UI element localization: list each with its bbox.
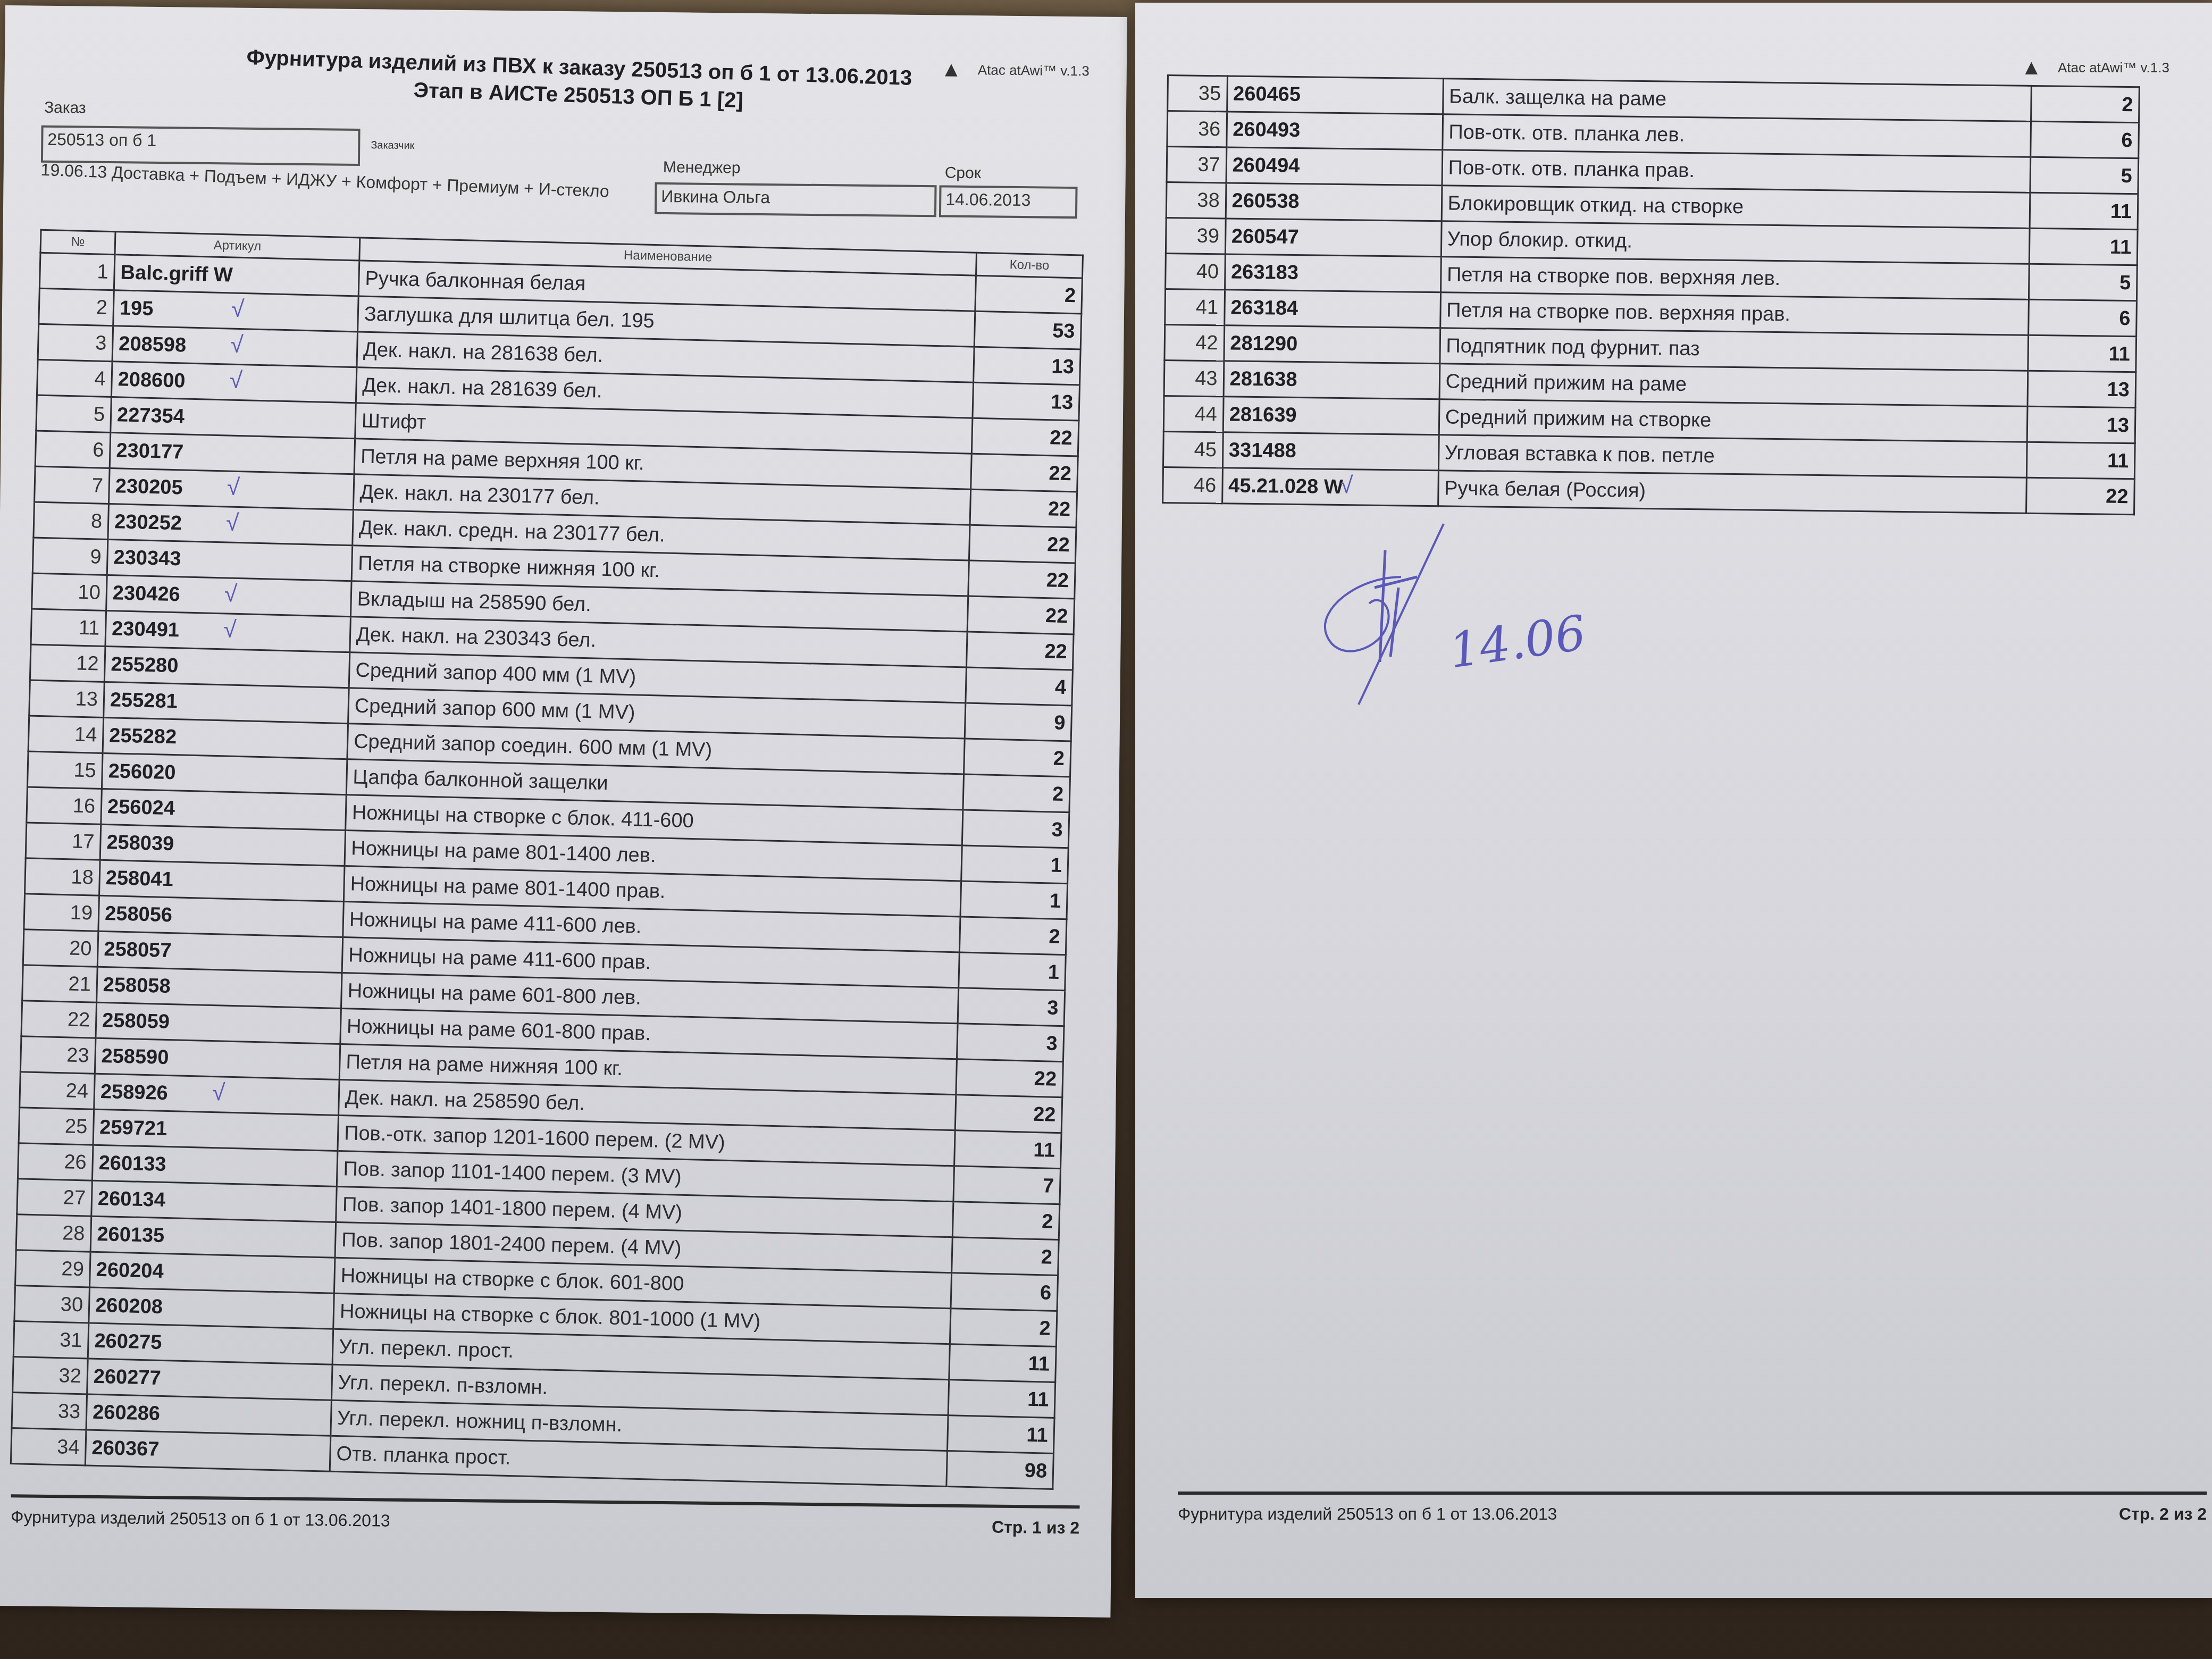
item-quantity-text: 6 [2119,307,2131,329]
software-logo: ▲ Atac atAwi™ v.1.3 [941,57,1090,83]
row-number: 1 [39,253,115,290]
row-number: 12 [30,644,105,682]
article-code: 258039 [100,824,345,866]
document-title: Фурнитура изделий из ПВХ к заказу 250513… [206,42,952,121]
item-quantity: 2 [952,1237,1059,1276]
item-quantity: 6 [2029,299,2137,336]
logo-icon: ▲ [2021,56,2042,80]
row-number: 40 [1166,253,1225,289]
page-footer: Фурнитура изделий 250513 оп б 1 от 13.06… [11,1494,1080,1538]
row-number-text: 40 [1196,260,1219,283]
item-name-text: Ножницы на раме 801-1400 прав. [350,873,666,902]
item-quantity: 22 [971,418,1079,456]
article-code-text: 260493 [1233,118,1300,141]
item-quantity: 3 [962,810,1069,848]
item-quantity-text: 2 [1052,783,1064,806]
item-quantity-text: 2 [1042,1210,1053,1233]
article-code: 259721 [93,1109,338,1151]
row-number-text: 30 [60,1293,83,1316]
article-code-text: 230426 [112,582,180,606]
page-number: Стр. 1 из 2 [992,1518,1079,1538]
item-quantity-text: 1 [1050,854,1062,877]
item-name-text: Ножницы на раме 411-600 лев. [349,908,642,937]
item-name-text: Угловая вставка к пов. петле [1445,441,1715,467]
row-number: 11 [31,609,106,646]
item-name-text: Угл. перекл. п-взломн. [338,1371,548,1399]
handwritten-check-icon: √ [231,296,244,323]
item-name-text: Пов-отк. отв. планка прав. [1448,156,1695,182]
item-quantity-text: 1 [1050,890,1061,912]
item-quantity: 9 [965,703,1072,741]
item-quantity-text: 11 [2107,449,2129,472]
item-quantity-text: 9 [1054,711,1066,734]
article-code-text: 256024 [107,795,175,819]
logo-text: Atac atAwi™ v.1.3 [2058,60,2169,76]
item-quantity: 6 [951,1273,1058,1311]
row-number: 5 [36,395,112,432]
item-quantity: 11 [2030,192,2138,229]
row-number: 44 [1163,396,1223,432]
item-name-text: Заглушка для шлитца бел. 195 [364,303,655,332]
article-code: 230426√ [106,575,351,616]
row-number: 29 [15,1250,91,1287]
item-quantity-text: 3 [1047,996,1059,1019]
row-number: 33 [12,1393,87,1430]
item-quantity-text: 1 [1048,961,1059,984]
item-quantity-text: 3 [1046,1032,1058,1055]
article-code: 230205√ [109,468,354,510]
article-code: 260135 [90,1216,336,1258]
handwritten-check-icon: √ [224,581,237,608]
handwritten-check-icon: √ [226,509,239,537]
item-quantity: 11 [948,1380,1055,1418]
order-field: 250513 оп б 1 [41,125,361,166]
item-quantity-text: 2 [1053,747,1065,770]
item-quantity: 11 [2028,335,2136,372]
article-code: 260286 [86,1394,331,1436]
row-number: 35 [1168,76,1227,112]
item-quantity-text: 5 [2121,164,2132,187]
article-code-text: 208600 [118,368,186,392]
row-number: 23 [20,1036,96,1074]
row-number-text: 39 [1196,224,1219,247]
item-name-text: Ножницы на створке с блок. 411-600 [351,801,694,832]
row-number-text: 15 [73,759,96,782]
row-number-text: 5 [93,403,105,426]
item-quantity: 2 [2031,86,2140,122]
item-quantity: 1 [960,881,1068,919]
row-number-text: 43 [1195,367,1218,390]
article-code: 258590 [95,1038,340,1079]
handwritten-check-icon: √ [230,332,244,359]
row-number-text: 17 [72,830,95,853]
logo-text: Atac atAwi™ v.1.3 [978,62,1090,79]
article-code-text: 259721 [99,1116,167,1139]
row-number-text: 10 [78,581,100,604]
row-number-text: 42 [1195,331,1218,354]
article-code: 255280 [104,646,349,688]
row-number-text: 8 [91,510,103,533]
item-name-text: Пов. запор 1801-2400 перем. (4 MV) [341,1229,682,1260]
article-code-text: 230205 [115,475,183,499]
item-quantity-text: 11 [2110,200,2132,222]
deadline-field: 14.06.2013 [939,185,1078,219]
item-name-text: Подпятник под фурнит. паз [1446,334,1700,360]
article-code-text: 263183 [1231,261,1298,284]
row-number-text: 29 [61,1258,84,1280]
manager-field: Ивкина Ольга [655,182,937,217]
row-number-text: 28 [62,1222,85,1245]
row-number: 45 [1163,431,1222,467]
row-number-text: 19 [70,901,93,924]
article-code: 260538 [1226,183,1442,221]
row-number: 24 [20,1072,95,1109]
order-description: 19.06.13 Доставка + Подъем + ИДЖУ + Комф… [40,160,609,202]
item-name-text: Цапфа балконной защелки [353,766,608,794]
item-quantity: 2 [952,1202,1060,1240]
article-code-text: 255281 [110,689,178,713]
item-name-text: Дек. накл. на 281638 бел. [363,338,604,366]
row-number: 43 [1164,360,1224,396]
item-name-text: Средний запор 400 мм (1 MV) [355,659,636,688]
article-code-text: 258059 [102,1009,170,1033]
item-name-text: Угл. перекл. прост. [339,1336,514,1362]
row-number: 42 [1164,324,1224,361]
article-code: 258926√ [94,1074,339,1115]
article-code: 258056 [98,895,343,937]
row-number: 9 [32,538,108,575]
article-code-text: 260134 [98,1187,166,1211]
row-number: 19 [24,894,99,931]
item-name-text: Блокировщик откид. на створке [1447,192,1744,218]
item-quantity: 22 [968,560,1076,599]
row-number-text: 45 [1194,438,1217,461]
row-number: 17 [26,823,101,860]
handwritten-check-icon: √ [212,1079,225,1107]
item-name-text: Дек. накл. на 230177 бел. [359,481,600,509]
items-table-page-2: 35260465Балк. защелка на раме236260493По… [1162,74,2140,515]
item-name-text: Штифт [361,409,426,433]
article-code-text: 260277 [93,1365,161,1389]
row-number-text: 7 [91,474,103,497]
row-number: 28 [16,1214,91,1252]
order-label: Заказ [44,99,86,118]
item-quantity: 13 [973,382,1080,421]
item-name-text: Балк. защелка на раме [1449,85,1666,110]
item-name-text: Ручка балконная белая [365,267,586,295]
row-number-text: 12 [76,652,99,675]
page-number: Стр. 2 из 2 [2119,1504,2207,1524]
item-name-text: Средний запор соедин. 600 мм (1 MV) [354,730,713,761]
article-code: 256024 [101,789,346,830]
article-code-text: 260367 [91,1436,160,1460]
article-code: 258058 [97,967,342,1008]
item-quantity-text: 11 [2110,236,2132,258]
article-code-text: 260135 [97,1222,165,1246]
software-logo: ▲ Atac atAwi™ v.1.3 [2021,56,2169,80]
item-quantity: 11 [2029,228,2138,265]
article-code-text: 260275 [94,1329,162,1353]
row-number: 36 [1167,111,1227,147]
article-code-text: 260547 [1231,225,1299,248]
row-number: 6 [35,431,111,468]
article-code: 260134 [91,1180,337,1222]
article-code: 256020 [102,753,347,794]
item-quantity-text: 6 [1040,1281,1052,1304]
item-quantity: 22 [967,596,1075,634]
row-number-text: 18 [71,866,94,889]
article-code-text: 230177 [116,439,184,463]
item-name-text: Петля на створке пов. верхняя прав. [1446,299,1790,325]
item-quantity-text: 22 [1045,605,1068,627]
article-code-text: 281639 [1229,403,1297,426]
article-code: 260208 [89,1287,334,1329]
item-quantity-text: 7 [1043,1175,1054,1197]
row-number-text: 2 [96,296,107,319]
item-quantity: 3 [958,988,1065,1026]
article-code: 260133 [92,1145,337,1186]
row-number-text: 22 [68,1008,90,1031]
item-quantity-text: 3 [1051,818,1063,841]
article-code-text: 227354 [117,404,185,428]
article-code: Balc.griff W [114,255,359,296]
item-name-text: Дек. накл. на 230343 бел. [356,623,597,651]
article-code-text: 260465 [1233,82,1301,106]
article-code: 255281 [104,682,349,723]
article-code: 281290 [1224,325,1440,364]
row-number: 2 [39,288,114,325]
article-code: 208600√ [111,362,356,403]
row-number-text: 1 [97,261,108,283]
item-quantity: 2 [964,739,1071,777]
row-number-text: 13 [75,688,98,710]
row-number-text: 16 [72,794,95,817]
item-quantity-text: 2 [2122,93,2133,115]
item-quantity-text: 13 [2107,414,2130,437]
article-code-text: 331488 [1229,439,1296,462]
item-quantity: 13 [2027,406,2135,443]
item-quantity-text: 4 [1054,676,1066,699]
article-code: 258041 [99,860,345,901]
item-quantity: 22 [971,454,1078,492]
row-number: 30 [14,1286,90,1323]
item-quantity: 5 [2029,264,2137,300]
article-code-text: Balc.griff W [120,261,233,286]
article-code-text: 45.21.028 W [1228,474,1343,498]
item-quantity-text: 22 [1044,640,1067,663]
item-quantity-text: 2 [1049,925,1060,948]
row-number-text: 41 [1196,296,1219,319]
item-quantity: 13 [2027,371,2136,407]
row-number-text: 24 [65,1079,88,1102]
row-number-text: 9 [90,546,102,568]
item-quantity-text: 22 [1034,1067,1057,1090]
item-name-text: Средний запор 600 мм (1 MV) [354,694,635,724]
item-quantity: 5 [2030,157,2139,194]
item-name-text: Петля на створке пов. верхняя лев. [1447,263,1781,290]
row-number-text: 32 [58,1364,81,1387]
article-code: 263184 [1224,290,1440,328]
article-code: 260493 [1226,112,1443,150]
item-quantity-text: 2 [1064,284,1076,307]
item-quantity-text: 53 [1052,320,1075,342]
item-quantity: 2 [963,774,1070,812]
article-code-text: 260204 [96,1258,164,1282]
item-quantity-text: 13 [2107,378,2130,401]
item-name-text: Петля на раме нижняя 100 кг. [346,1051,623,1080]
handwritten-check-icon: √ [227,474,240,501]
item-name-text: Ножницы на створке с блок. 601-800 [340,1264,684,1295]
item-quantity-text: 22 [1049,462,1071,485]
row-number: 32 [13,1357,88,1394]
article-code: 195√ [113,290,358,332]
page-footer: Фурнитура изделий 250513 оп б 1 от 13.06… [1178,1492,2207,1524]
item-name-text: Ножницы на раме 411-600 прав. [348,944,651,974]
item-name-text: Средний прижим на створке [1445,406,1712,431]
row-number: 27 [17,1179,93,1216]
article-code-text: 260538 [1231,189,1299,213]
article-code: 258057 [97,931,342,973]
row-number-text: 46 [1194,474,1217,497]
row-number: 4 [37,359,112,397]
item-name-text: Средний прижим на раме [1445,370,1687,396]
item-name-text: Пов. запор 1401-1800 перем. (4 MV) [342,1193,682,1224]
row-number-text: 14 [74,723,97,746]
item-quantity: 7 [953,1166,1061,1204]
row-number: 15 [27,751,103,789]
item-quantity-text: 2 [1041,1246,1052,1269]
article-code: 260465 [1227,76,1443,114]
item-name: Ручка белая (Россия) [1438,471,2026,514]
item-quantity-text: 22 [1033,1103,1056,1126]
article-code: 208598√ [112,326,357,367]
deadline-label: Срок [945,164,982,183]
article-code-text: 260494 [1232,154,1300,177]
article-code-text: 260208 [95,1294,163,1318]
article-code: 260204 [89,1252,334,1293]
item-name-text: Угл. перекл. ножниц п-взломн. [337,1407,623,1436]
item-quantity-text: 22 [1048,498,1071,521]
article-code: 258059 [96,1002,341,1044]
item-quantity-text: 22 [2106,485,2129,508]
article-code: 227354 [111,397,356,439]
row-number: 8 [33,502,109,539]
item-quantity: 1 [959,952,1066,991]
item-name-text: Упор блокир. откид. [1447,228,1633,252]
footer-title: Фурнитура изделий 250513 оп б 1 от 13.06… [1178,1504,1557,1524]
article-code-text: 258926 [100,1080,168,1104]
article-code-text: 260286 [93,1401,161,1425]
row-number: 38 [1166,182,1226,219]
item-quantity-text: 11 [1027,1388,1049,1411]
item-name-text: Дек. накл. на 258590 бел. [345,1086,585,1115]
handwritten-check-icon: √ [223,616,237,643]
item-quantity: 11 [954,1130,1062,1169]
item-name-text: Дек. накл. средн. на 230177 бел. [359,516,666,546]
item-quantity-text: 6 [2121,129,2133,151]
article-code: 45.21.028 W√ [1222,468,1438,506]
item-quantity-text: 13 [1050,391,1073,414]
item-quantity: 2 [975,275,1083,314]
article-code-text: 230343 [113,546,181,570]
item-quantity-text: 22 [1047,533,1070,556]
article-code-text: 258056 [105,902,173,926]
item-quantity: 11 [947,1415,1054,1454]
row-number-text: 34 [57,1436,80,1459]
article-code: 260494 [1226,147,1443,186]
item-quantity-text: 22 [1050,426,1073,449]
footer-title: Фурнитура изделий 250513 оп б 1 от 13.06… [11,1507,390,1530]
item-name-text: Петля на раме верхняя 100 кг. [361,445,644,474]
item-quantity-text: 2 [1039,1317,1051,1340]
item-quantity: 1 [961,845,1069,884]
row-number: 31 [13,1321,89,1359]
item-quantity: 22 [969,525,1076,563]
article-code: 230343 [107,539,352,581]
row-number: 14 [28,716,104,753]
item-name-text: Ножницы на раме 801-1400 лев. [351,837,656,867]
item-quantity: 22 [2026,477,2135,514]
item-quantity: 22 [966,632,1074,670]
item-quantity: 13 [974,347,1081,385]
item-quantity: 2 [950,1309,1057,1347]
article-code-text: 208598 [119,332,187,356]
article-code-text: 263184 [1230,296,1298,320]
handwritten-date: 14.06 [1446,605,1589,680]
article-code: 260275 [88,1323,333,1364]
document-page-1: ▲ Atac atAwi™ v.1.3 Фурнитура изделий из… [0,5,1127,1618]
article-code: 331488 [1222,432,1439,471]
article-code: 263183 [1225,254,1441,292]
row-number-text: 23 [66,1044,89,1067]
article-code: 230177 [110,433,355,474]
item-quantity: 11 [949,1344,1057,1382]
item-quantity: 22 [956,1059,1063,1097]
row-number-text: 11 [78,616,99,639]
item-quantity: 2 [959,917,1067,955]
item-quantity-text: 11 [1028,1352,1050,1375]
item-name-text: Ножницы на створке с блок. 801-1000 (1 M… [340,1300,761,1333]
row-number-text: 35 [1199,82,1221,105]
row-number: 16 [27,787,102,824]
article-code-text: 230252 [114,510,182,534]
row-number: 39 [1166,217,1225,254]
item-quantity-text: 13 [1051,355,1074,378]
article-code: 281638 [1224,361,1440,399]
item-quantity: 11 [2026,442,2135,479]
article-code-text: 255282 [109,724,177,748]
item-quantity: 3 [957,1024,1064,1062]
handwritten-check-icon: √ [1340,472,1353,499]
row-number: 22 [21,1001,97,1038]
row-number-text: 4 [94,367,106,390]
item-quantity: 98 [946,1451,1054,1489]
item-quantity-text: 5 [2119,271,2131,294]
article-code: 260367 [85,1430,330,1471]
row-number-text: 21 [68,973,91,995]
row-number: 13 [29,680,105,717]
row-number-text: 20 [69,937,92,960]
article-code-text: 281290 [1230,332,1297,355]
row-number-text: 6 [93,439,104,462]
row-number: 25 [19,1108,94,1145]
article-code-text: 258590 [101,1044,169,1068]
row-number-text: 38 [1197,189,1220,212]
article-code: 260547 [1225,219,1442,257]
handwritten-signature [1295,513,1454,715]
row-number-text: 33 [58,1400,81,1423]
row-number-text: 3 [95,332,107,355]
